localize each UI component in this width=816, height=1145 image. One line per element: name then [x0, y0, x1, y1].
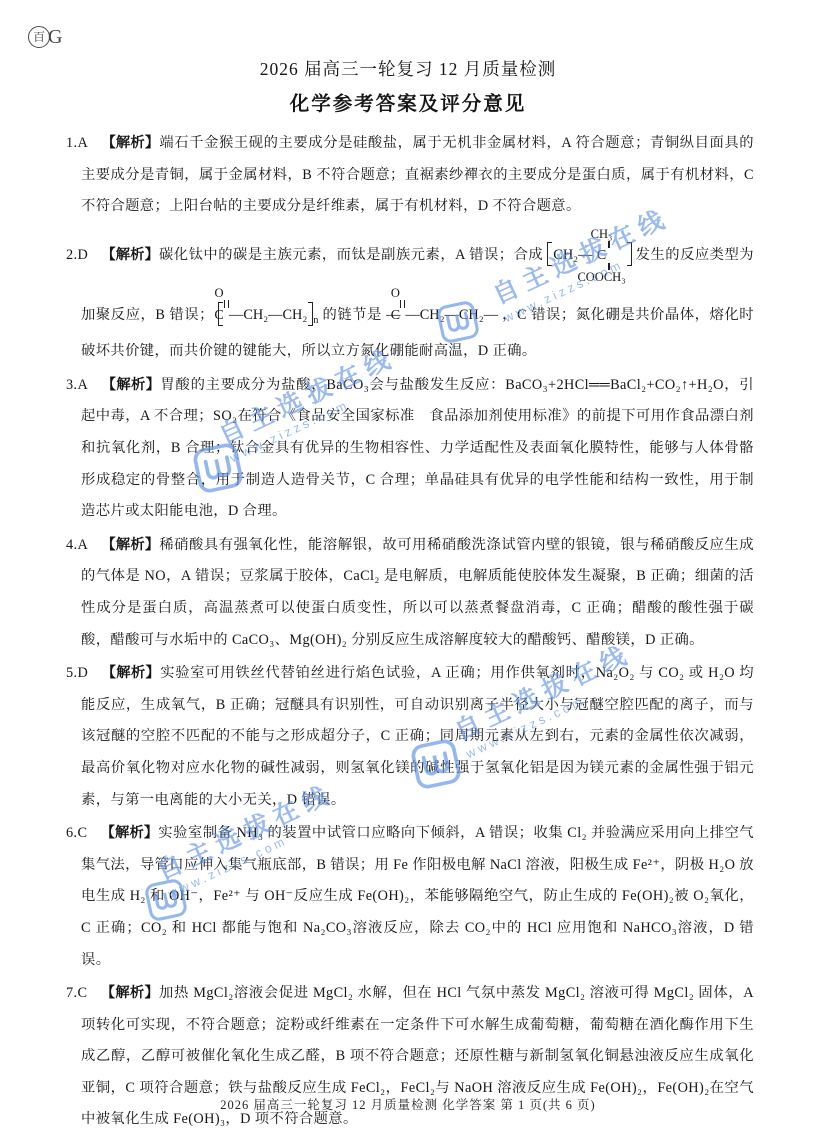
chem-backbone: CH₂— — [553, 247, 592, 263]
page-footer: 2026 届高三一轮复习 12 月质量检测 化学答案 第 1 页(共 6 页) — [0, 1095, 816, 1113]
polymer-bracket-left-icon — [547, 242, 552, 266]
answer-number: 7.C — [66, 985, 87, 1001]
brand-letter: G — [48, 27, 62, 47]
chem-top-group: O — [224, 286, 229, 300]
answer-text: 稀硝酸具有强氧化性，能溶解银，故可用稀硝酸洗涤试管内壁的银镜，银与稀硝酸反应生成… — [81, 537, 754, 648]
answer-text: 的链节是 — [318, 307, 386, 323]
answer-item-3: 3.A【解析】胃酸的主要成分为盐酸，BaCO₃会与盐酸发生反应：BaCO₃+2H… — [66, 370, 754, 528]
analysis-tag: 【解析】 — [101, 537, 159, 553]
answer-item-5: 5.D【解析】实验室可用铁丝代替铂丝进行焰色试验，A 正确；用作供氧剂时，Na₂… — [66, 658, 754, 816]
chem-top-group: O — [400, 286, 405, 300]
chem-backbone: —CH₂—CH₂ — [229, 307, 307, 323]
chem-structure-chain-unit: —OC—CH₂—CH₂— — [386, 307, 498, 323]
answer-number: 6.C — [66, 825, 87, 841]
page-subtitle: 化学参考答案及评分意见 — [0, 88, 816, 116]
chem-bottom-group: COOCH₃ — [592, 270, 625, 284]
single-bond-icon — [608, 241, 609, 248]
chem-carbon-column: CH₃CCOOCH₃ — [592, 225, 625, 286]
chem-top-group: CH₃ — [592, 227, 625, 241]
single-bond-icon — [608, 263, 609, 270]
answer-text: 实验室制备 NH₃ 的装置中试管口应略向下倾斜，A 错误；收集 Cl₂ 并验满应… — [81, 825, 754, 967]
answer-number: 2.D — [66, 247, 88, 263]
chem-structure-polyester: OC—CH₂—CH₂n — [218, 307, 318, 323]
analysis-tag: 【解析】 — [101, 247, 159, 263]
answer-number: 1.A — [66, 135, 88, 151]
answer-item-1: 1.A【解析】端石千金猴王砚的主要成分是硅酸盐，属于无机非金属材料，A 符合题意… — [66, 128, 754, 223]
analysis-tag: 【解析】 — [101, 665, 160, 681]
chem-structure-methyl-methacrylate: CH₂—CH₃CCOOCH₃ — [547, 247, 631, 263]
brand-circle-icon: 百 — [28, 26, 50, 48]
answer-number: 3.A — [66, 377, 88, 393]
chem-center-atom: C — [592, 248, 625, 263]
answer-text: 端石千金猴王砚的主要成分是硅酸盐，属于无机非金属材料，A 符合题意；青铜纵目面具… — [81, 135, 754, 214]
answer-item-6: 6.C【解析】实验室制备 NH₃ 的装置中试管口应略向下倾斜，A 错误；收集 C… — [66, 818, 754, 976]
page-title: 2026 届高三一轮复习 12 月质量检测 — [0, 56, 816, 81]
analysis-tag: 【解析】 — [101, 135, 159, 151]
answer-item-4: 4.A【解析】稀硝酸具有强氧化性，能溶解银，故可用稀硝酸洗涤试管内壁的银镜，银与… — [66, 530, 754, 656]
brand-logo: 百G — [28, 26, 62, 48]
answer-item-2: 2.D【解析】碳化钛中的碳是主族元素，而钛是副族元素，A 错误；合成 CH₂—C… — [66, 225, 754, 368]
answer-text: 胃酸的主要成分为盐酸，BaCO₃会与盐酸发生反应：BaCO₃+2HCl══BaC… — [81, 377, 754, 519]
answer-text: 实验室可用铁丝代替铂丝进行焰色试验，A 正确；用作供氧剂时，Na₂O₂ 与 CO… — [81, 665, 754, 807]
document-page: 百G 2026 届高三一轮复习 12 月质量检测 化学参考答案及评分意见 1.A… — [0, 0, 816, 1145]
answer-text: 碳化钛中的碳是主族元素，而钛是副族元素，A 错误；合成 — [159, 247, 547, 263]
analysis-tag: 【解析】 — [100, 985, 159, 1001]
answers-section: 1.A【解析】端石千金猴王砚的主要成分是硅酸盐，属于无机非金属材料，A 符合题意… — [66, 128, 754, 1136]
analysis-tag: 【解析】 — [101, 377, 160, 393]
answer-number: 4.A — [66, 537, 88, 553]
analysis-tag: 【解析】 — [100, 825, 158, 841]
chem-backbone: —CH₂—CH₂— — [405, 307, 498, 323]
answer-number: 5.D — [66, 665, 88, 681]
